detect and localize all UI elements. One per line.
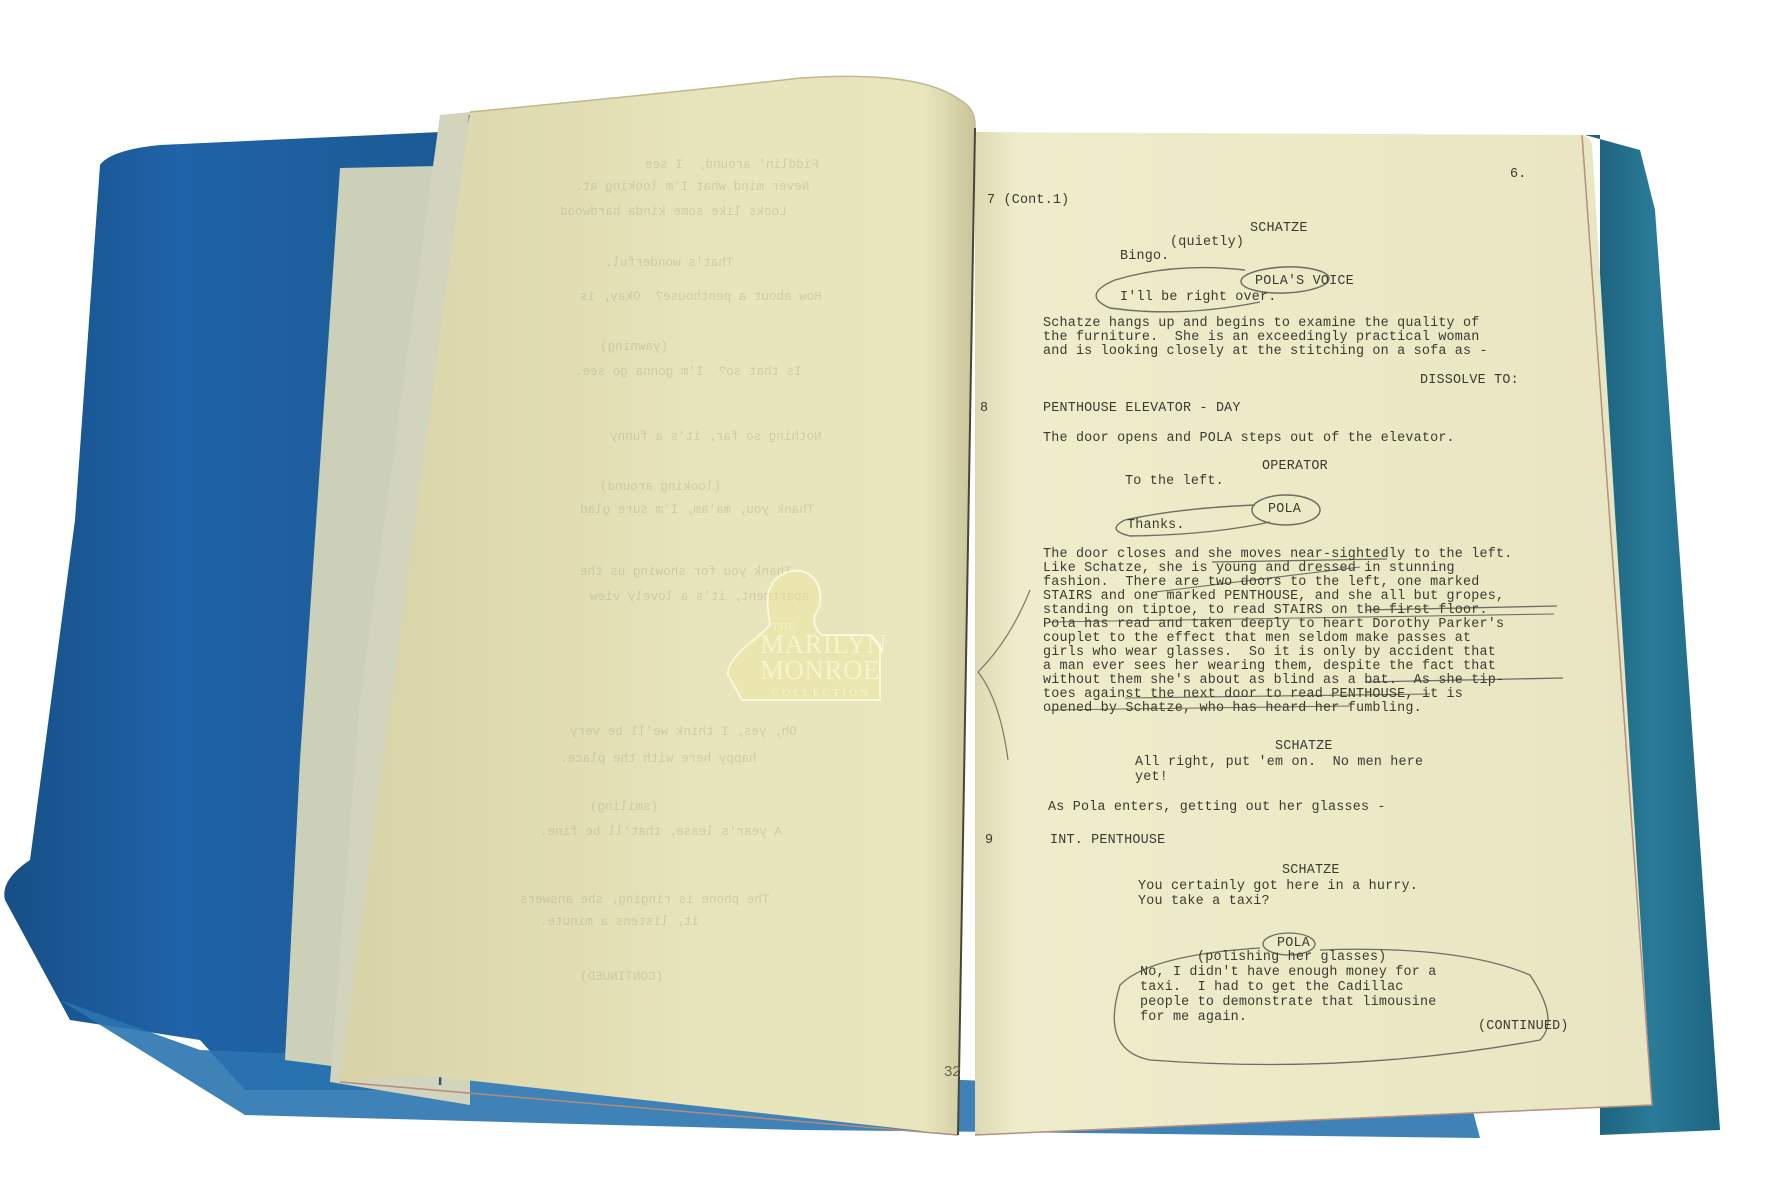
action-line: opened by Schatze, who has heard her fum…: [1043, 702, 1422, 717]
scene-number: 9: [985, 834, 993, 849]
parenthetical: (polishing her glasses): [1197, 951, 1386, 966]
character-schatze: SCHATZE: [1250, 222, 1308, 237]
character-schatze: SCHATZE: [1282, 864, 1340, 879]
right-page: 6. 7 (Cont.1) SCHATZE (quietly) Bingo. P…: [0, 0, 1779, 1199]
dialogue: Bingo.: [1120, 250, 1169, 265]
scene-number: 8: [980, 402, 988, 417]
parenthetical: (quietly): [1170, 236, 1244, 251]
character-schatze: SCHATZE: [1275, 740, 1333, 755]
dialogue: No, I didn't have enough money for a: [1140, 966, 1437, 981]
action-line: and is looking closely at the stitching …: [1043, 345, 1488, 360]
dialogue: Thanks.: [1127, 519, 1185, 534]
dialogue: yet!: [1135, 771, 1168, 786]
transition: DISSOLVE TO:: [1420, 374, 1519, 389]
scene-continuation: 7 (Cont.1): [987, 194, 1069, 209]
continued-marker: (CONTINUED): [1478, 1020, 1569, 1035]
page-number: 6.: [1510, 168, 1526, 183]
dialogue: You certainly got here in a hurry.: [1138, 880, 1418, 895]
dialogue: To the left.: [1125, 475, 1224, 490]
character-polas-voice: POLA'S VOICE: [1255, 275, 1354, 290]
action-line: As Pola enters, getting out her glasses …: [1048, 801, 1386, 816]
scene-heading: INT. PENTHOUSE: [1050, 834, 1165, 849]
dialogue: I'll be right over.: [1120, 291, 1276, 306]
dialogue: All right, put 'em on. No men here: [1135, 756, 1423, 771]
dialogue: taxi. I had to get the Cadillac: [1140, 981, 1404, 996]
script-photo: Fiddlin' around, I see Never mind what I…: [0, 0, 1779, 1199]
character-operator: OPERATOR: [1262, 460, 1328, 475]
scene-heading: PENTHOUSE ELEVATOR - DAY: [1043, 402, 1241, 417]
dialogue: for me again.: [1140, 1011, 1247, 1026]
character-pola: POLA: [1268, 503, 1301, 518]
action-line: The door opens and POLA steps out of the…: [1043, 432, 1455, 447]
dialogue: You take a taxi?: [1138, 895, 1270, 910]
dialogue: people to demonstrate that limousine: [1140, 996, 1437, 1011]
